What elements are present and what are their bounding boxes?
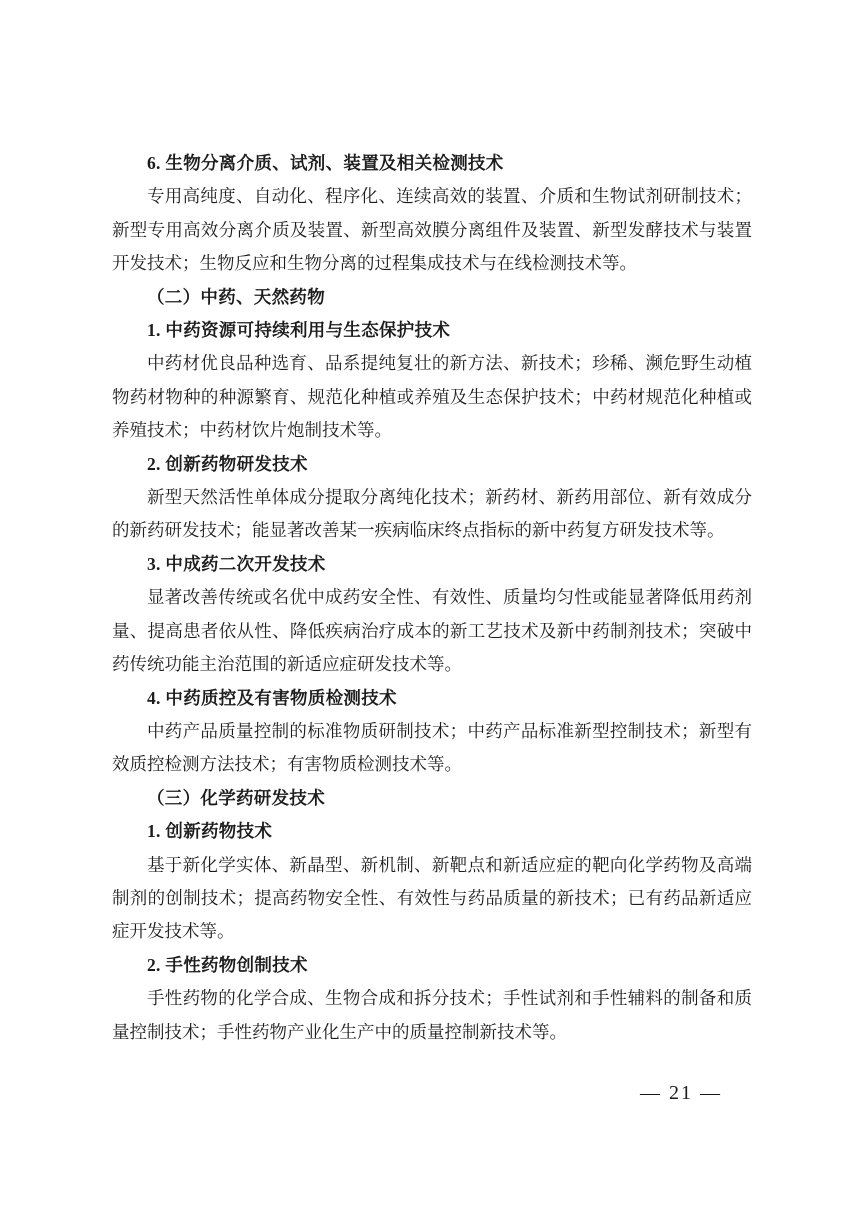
paragraph-innovative-drug: 基于新化学实体、新晶型、新机制、新靶点和新适应症的靶向化学药物及高端制剂的创制技… <box>112 849 752 949</box>
document-body: 6. 生物分离介质、试剂、装置及相关检测技术 专用高纯度、自动化、程序化、连续高… <box>112 147 752 1049</box>
paragraph-bio-separation: 专用高纯度、自动化、程序化、连续高效的装置、介质和生物试剂研制技术；新型专用高效… <box>112 180 752 280</box>
paragraph-tcm-resources: 中药材优良品种选育、品系提纯复壮的新方法、新技术；珍稀、濒危野生动植物药材物种的… <box>112 347 752 447</box>
section-heading-tcm-resources: 1. 中药资源可持续利用与生态保护技术 <box>112 314 752 347</box>
page-number: — 21 — <box>640 1082 722 1105</box>
paragraph-quality-control: 中药产品质量控制的标准物质研制技术；中药产品标准新型控制技术；新型有效质控检测方… <box>112 715 752 782</box>
section-heading-bio-separation: 6. 生物分离介质、试剂、装置及相关检测技术 <box>112 147 752 180</box>
section-heading-innovative-drug: 1. 创新药物技术 <box>112 815 752 848</box>
section-heading-chiral-drug: 2. 手性药物创制技术 <box>112 949 752 982</box>
paragraph-chiral-drug: 手性药物的化学合成、生物合成和拆分技术；手性试剂和手性辅料的制备和质量控制技术；… <box>112 982 752 1049</box>
section-heading-innovative-drug-rd: 2. 创新药物研发技术 <box>112 448 752 481</box>
section-heading-secondary-development: 3. 中成药二次开发技术 <box>112 548 752 581</box>
section-heading-quality-control: 4. 中药质控及有害物质检测技术 <box>112 682 752 715</box>
document-page: 6. 生物分离介质、试剂、装置及相关检测技术 专用高纯度、自动化、程序化、连续高… <box>0 0 860 1216</box>
paragraph-innovative-drug-rd: 新型天然活性单体成分提取分离纯化技术；新药材、新药用部位、新有效成分的新药研发技… <box>112 481 752 548</box>
section-heading-chemical-drug: （三）化学药研发技术 <box>112 782 752 815</box>
section-heading-tcm-natural: （二）中药、天然药物 <box>112 281 752 314</box>
paragraph-secondary-development: 显著改善传统或名优中成药安全性、有效性、质量均匀性或能显著降低用药剂量、提高患者… <box>112 581 752 681</box>
